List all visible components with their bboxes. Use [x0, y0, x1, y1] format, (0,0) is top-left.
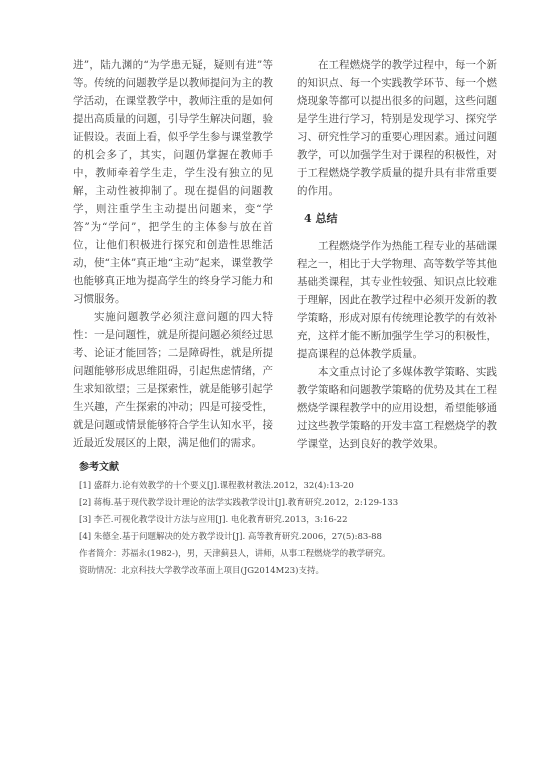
section-heading-summary: 4 总结 [304, 210, 497, 226]
funding-note: 资助情况：北京科技大学教学改革面上项目(JG2014M23)支持。 [79, 566, 529, 576]
right-column: 在工程燃烧学的教学过程中，每一个新的知识点、每一个实践教学环节、每一个燃烧现象等… [297, 56, 497, 453]
two-column-layout: 进”，陆九渊的“为学患无疑，疑则有进”等等。传统的问题教学是以教师提问为主的教学… [73, 56, 497, 453]
reference-item-1: [1] 盛群力.论有效教学的十个要义[J].课程教材教法.2012，32(4):… [79, 481, 529, 491]
paper-page: 进”，陆九渊的“为学患无疑，疑则有进”等等。传统的问题教学是以教师提问为主的教学… [0, 0, 553, 783]
reference-item-2: [2] 蒋梅.基于现代教学设计理论的法学实践教学设计[J].教育研究.2012，… [79, 498, 529, 508]
author-bio-note: 作者简介：苏福永(1982-)，男，天津蓟县人，讲师，从事工程燃烧学的教学研究。 [79, 549, 529, 559]
paragraph-problem-teaching-features: 实施问题教学必须注意问题的四大特性：一是问题性，就是所提问题必须经过思考、论证才… [73, 308, 273, 452]
paragraph-combustion-course-questions: 在工程燃烧学的教学过程中，每一个新的知识点、每一个实践教学环节、每一个燃烧现象等… [297, 56, 497, 200]
paragraph-summary-1: 工程燃烧学作为热能工程专业的基础课程之一，相比于大学物理、高等数学等其他基础类课… [297, 237, 497, 363]
paragraph-continuation: 进”，陆九渊的“为学患无疑，疑则有进”等等。传统的问题教学是以教师提问为主的教学… [73, 56, 273, 308]
paragraph-summary-2: 本文重点讨论了多媒体教学策略、实践教学策略和问题教学策略的优势及其在工程燃烧学课… [297, 363, 497, 453]
left-column: 进”，陆九渊的“为学患无疑，疑则有进”等等。传统的问题教学是以教师提问为主的教学… [73, 56, 273, 453]
reference-item-4: [4] 朱德全.基于问题解决的处方教学设计[J]. 高等教育研究.2006，27… [79, 532, 529, 542]
references-section: 参考文献 [1] 盛群力.论有效教学的十个要义[J].课程教材教法.2012，3… [73, 458, 529, 583]
reference-item-3: [3] 李芒.可视化教学设计方法与应用[J]. 电化教育研究.2013，3:16… [79, 515, 529, 525]
article-body: 进”，陆九渊的“为学患无疑，疑则有进”等等。传统的问题教学是以教师提问为主的教学… [73, 56, 497, 453]
references-heading: 参考文献 [79, 458, 529, 473]
